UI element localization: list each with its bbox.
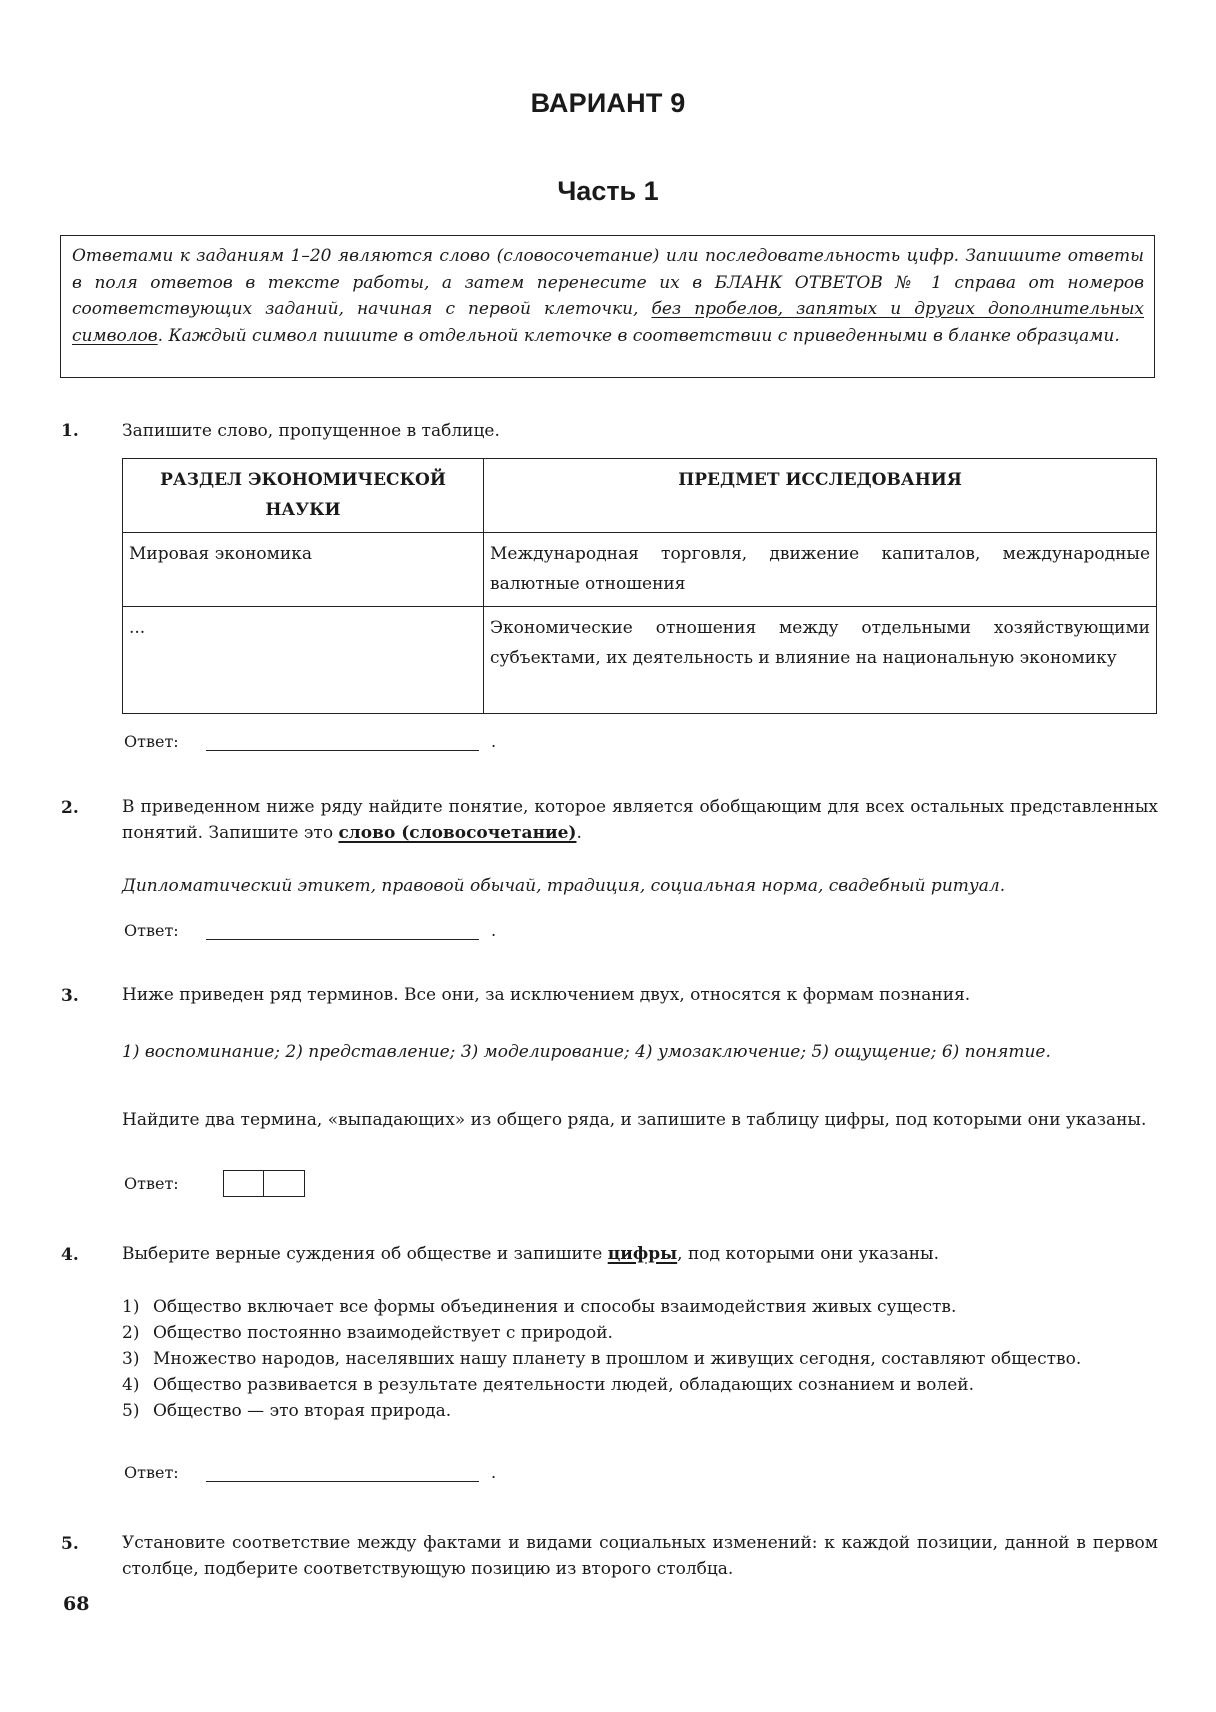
answer-label: Ответ:	[124, 732, 206, 751]
instructions-box: Ответами к заданиям 1–20 являются слово …	[60, 235, 1155, 378]
answer-4: Ответ: .	[124, 1463, 496, 1482]
answer-cells	[223, 1170, 305, 1197]
option-text: Общество включает все формы объединения …	[153, 1294, 1158, 1320]
table-header-row: РАЗДЕЛ ЭКОНОМИЧЕСКОЙ НАУКИ ПРЕДМЕТ ИССЛЕ…	[123, 459, 1157, 533]
answer-dot: .	[491, 732, 496, 751]
option-number: 1)	[122, 1294, 153, 1320]
prompt-text-end: .	[576, 823, 581, 843]
part-title: Часть 1	[0, 176, 1216, 207]
question-number: 1.	[61, 421, 79, 441]
question-prompt: Выберите верные суждения об обществе и з…	[122, 1241, 1158, 1267]
option-item: 4) Общество развивается в результате дея…	[122, 1372, 1158, 1398]
question-number: 5.	[61, 1534, 79, 1554]
answer-4-input[interactable]	[206, 1463, 479, 1482]
option-text: Множество народов, населявших нашу плане…	[153, 1346, 1158, 1372]
question-prompt: Ниже приведен ряд терминов. Все они, за …	[122, 982, 1158, 1008]
option-text: Общество — это вторая природа.	[153, 1398, 1158, 1424]
question-prompt: В приведенном ниже ряду найдите понятие,…	[122, 794, 1158, 846]
answer-cell-1[interactable]	[223, 1170, 264, 1197]
answer-2-input[interactable]	[206, 921, 479, 940]
question-prompt: Установите соответствие между фактами и …	[122, 1530, 1158, 1582]
table-header: ПРЕДМЕТ ИССЛЕДОВАНИЯ	[484, 459, 1157, 533]
answer-label: Ответ:	[124, 1174, 223, 1193]
answer-1: Ответ: .	[124, 732, 496, 751]
prompt-text-end: , под которыми они указаны.	[677, 1244, 939, 1264]
instructions-text-end: . Каждый символ пишите в отдельной клето…	[158, 326, 1120, 346]
prompt-text: Выберите верные суждения об обществе и з…	[122, 1244, 608, 1264]
option-item: 2) Общество постоянно взаимодействует с …	[122, 1320, 1158, 1346]
option-number: 2)	[122, 1320, 153, 1346]
terms-list: 1) воспоминание; 2) представление; 3) мо…	[122, 1036, 1158, 1068]
question-number: 4.	[61, 1245, 79, 1265]
table-cell-missing: ...	[123, 607, 484, 714]
option-text: Общество постоянно взаимодействует с при…	[153, 1320, 1158, 1346]
option-number: 5)	[122, 1398, 153, 1424]
question-number: 2.	[61, 798, 79, 818]
table-cell: Международная торговля, движение капитал…	[484, 533, 1157, 607]
answer-2: Ответ: .	[124, 921, 496, 940]
table-row: Мировая экономика Международная торговля…	[123, 533, 1157, 607]
answer-dot: .	[491, 921, 496, 940]
answer-1-input[interactable]	[206, 732, 479, 751]
question-prompt: Запишите слово, пропущенное в таблице.	[122, 418, 1158, 444]
economics-table: РАЗДЕЛ ЭКОНОМИЧЕСКОЙ НАУКИ ПРЕДМЕТ ИССЛЕ…	[122, 458, 1157, 714]
answer-3: Ответ:	[124, 1170, 305, 1197]
option-number: 3)	[122, 1346, 153, 1372]
answer-dot: .	[491, 1463, 496, 1482]
option-item: 5) Общество — это вторая природа.	[122, 1398, 1158, 1424]
question-instruction: Найдите два термина, «выпадающих» из общ…	[122, 1107, 1158, 1133]
terms-list: Дипломатический этикет, правовой обычай,…	[122, 873, 1158, 899]
prompt-emphasis: цифры	[608, 1244, 677, 1264]
question-number: 3.	[61, 986, 79, 1006]
table-header: РАЗДЕЛ ЭКОНОМИЧЕСКОЙ НАУКИ	[123, 459, 484, 533]
variant-title: ВАРИАНТ 9	[0, 88, 1216, 119]
options-list: 1) Общество включает все формы объединен…	[122, 1294, 1158, 1424]
answer-label: Ответ:	[124, 1463, 206, 1482]
prompt-emphasis: слово (словосочетание)	[338, 823, 576, 843]
option-item: 3) Множество народов, населявших нашу пл…	[122, 1346, 1158, 1372]
prompt-text: В приведенном ниже ряду найдите понятие,…	[122, 797, 1158, 843]
answer-cell-2[interactable]	[264, 1170, 305, 1197]
option-text: Общество развивается в результате деятел…	[153, 1372, 1158, 1398]
answer-label: Ответ:	[124, 921, 206, 940]
table-cell: Экономические отношения между отдельными…	[484, 607, 1157, 714]
page-number: 68	[63, 1593, 89, 1615]
option-number: 4)	[122, 1372, 153, 1398]
table-cell: Мировая экономика	[123, 533, 484, 607]
option-item: 1) Общество включает все формы объединен…	[122, 1294, 1158, 1320]
table-row: ... Экономические отношения между отдель…	[123, 607, 1157, 714]
